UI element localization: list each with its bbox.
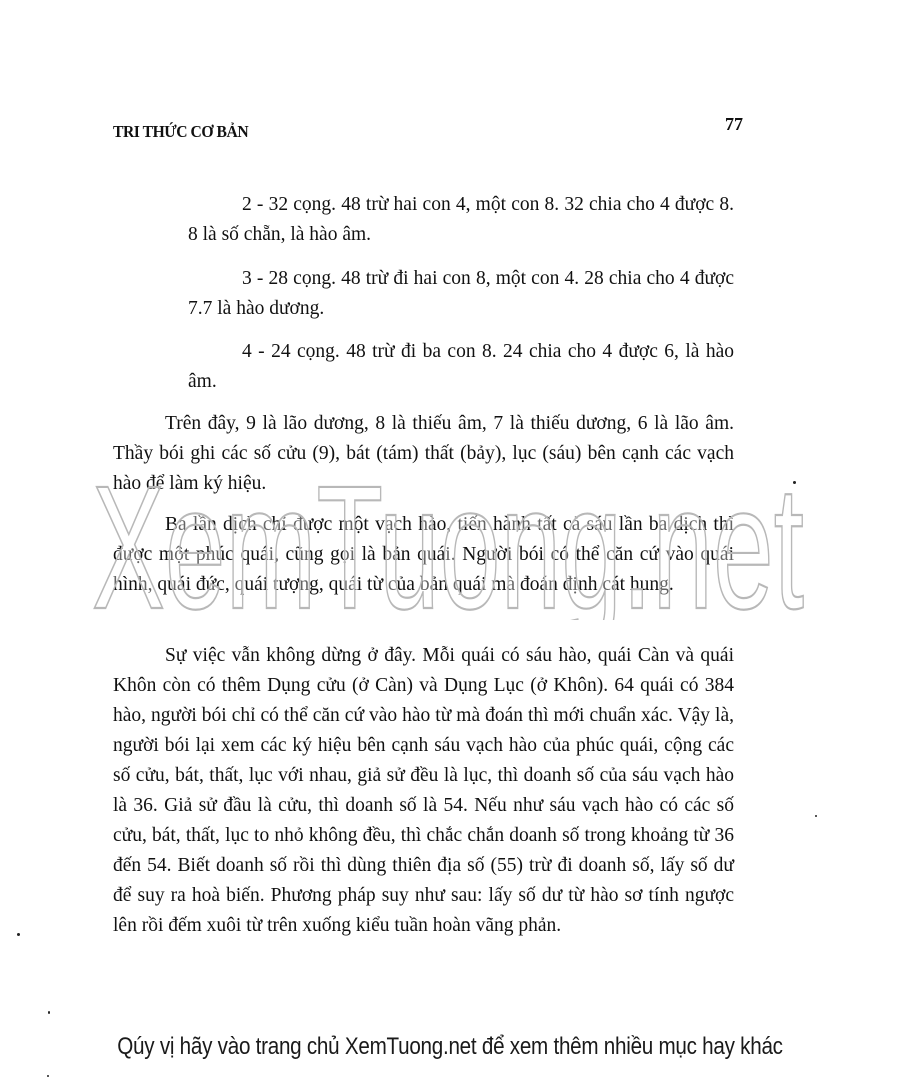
scan-speck bbox=[815, 815, 817, 817]
running-title: TRI THỨC CƠ BẢN bbox=[113, 122, 248, 142]
footer-notice: Qúy vị hãy vào trang chủ XemTuong.net để… bbox=[63, 1033, 837, 1061]
scan-speck bbox=[47, 1075, 49, 1077]
scan-speck bbox=[48, 1011, 50, 1014]
list-item: 3 - 28 cọng. 48 trừ đi hai con 8, một co… bbox=[188, 264, 734, 324]
running-header: TRI THỨC CƠ BẢN 77 bbox=[113, 122, 741, 146]
list-item: 2 - 32 cọng. 48 trừ hai con 4, một con 8… bbox=[188, 190, 734, 250]
scan-speck bbox=[17, 933, 20, 936]
body-paragraph: Sự việc vẫn không dừng ở đây. Mỗi quái c… bbox=[113, 641, 734, 941]
scan-speck bbox=[793, 481, 796, 484]
book-page: TRI THỨC CƠ BẢN 77 2 - 32 cọng. 48 trừ h… bbox=[0, 0, 900, 1085]
body-paragraph: Trên đây, 9 là lão dương, 8 là thiếu âm,… bbox=[113, 409, 734, 499]
list-item: 4 - 24 cọng. 48 trừ đi ba con 8. 24 chia… bbox=[188, 337, 734, 397]
body-paragraph: Ba lần dịch chỉ được một vạch hào, tiến … bbox=[113, 510, 734, 600]
page-number: 77 bbox=[725, 114, 743, 135]
